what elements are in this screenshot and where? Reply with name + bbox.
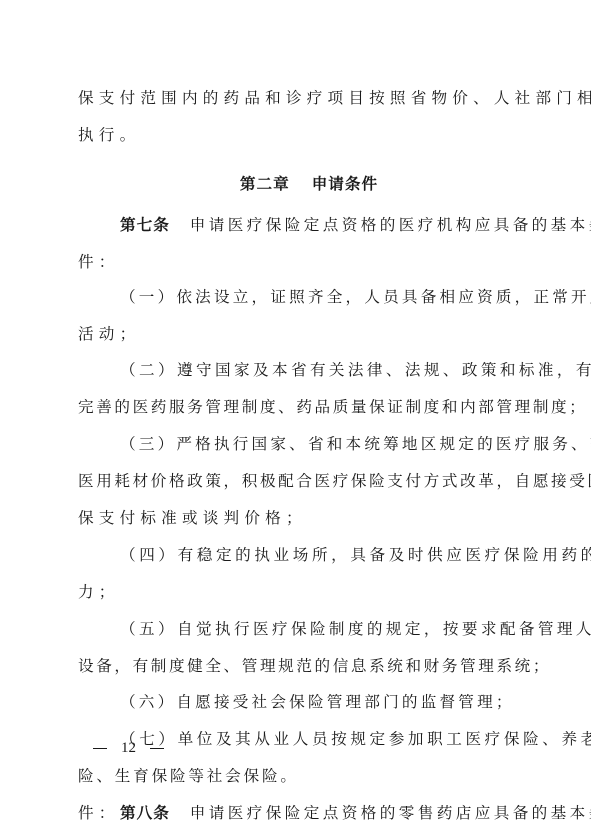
clause-2-line: （二）遵守国家及本省有关法律、法规、政策和标准，有健全和	[120, 358, 591, 382]
article-8-number: 第八条	[120, 804, 170, 822]
chapter-heading: 第二章申请条件	[78, 172, 540, 196]
footer-dash-right	[150, 748, 164, 750]
article-7-line: 第七条申请医疗保险定点资格的医疗机构应具备的基本条	[120, 213, 591, 237]
page-number: 12	[121, 740, 136, 756]
chapter-title: 申请条件	[312, 175, 378, 193]
clause-1-line: 活动；	[78, 322, 140, 346]
article-7-number: 第七条	[120, 216, 170, 234]
article-7-line: 件：	[78, 250, 120, 274]
clause-4-line: 力；	[78, 580, 120, 604]
chapter-number: 第二章	[240, 175, 290, 193]
article-8-line: 第八条申请医疗保险定点资格的零售药店应具备的基本条	[120, 801, 591, 822]
paragraph-continuation-line: 保支付范围内的药品和诊疗项目按照省物价、人社部门相关规定	[78, 86, 591, 110]
page-footer: 12	[93, 740, 164, 757]
clause-1-line: （一）依法设立，证照齐全，人员具备相应资质，正常开展经营	[120, 285, 591, 309]
clause-2-line: 完善的医药服务管理制度、药品质量保证制度和内部管理制度；	[78, 395, 587, 419]
clause-7-line: 险、生育保险等社会保险。	[78, 764, 299, 788]
clause-3-line: （三）严格执行国家、省和本统筹地区规定的医疗服务、药品、	[120, 432, 591, 456]
paragraph-continuation-line: 执行。	[78, 123, 140, 147]
clause-6-line: （六）自愿接受社会保险管理部门的监督管理；	[120, 690, 515, 714]
footer-dash-left	[93, 748, 107, 750]
clause-3-line: 医用耗材价格政策，积极配合医疗保险支付方式改革，自愿接受医	[78, 469, 591, 493]
clause-5-line: （五）自觉执行医疗保险制度的规定，按要求配备管理人员和	[120, 617, 591, 641]
article-8-line: 件：	[78, 801, 120, 822]
clause-7-line: （七）单位及其从业人员按规定参加职工医疗保险、养老保	[120, 727, 591, 751]
article-8-text: 申请医疗保险定点资格的零售药店应具备的基本条	[190, 804, 591, 822]
article-7-text: 申请医疗保险定点资格的医疗机构应具备的基本条	[190, 216, 591, 234]
clause-3-line: 保支付标准或谈判价格；	[78, 506, 307, 530]
clause-5-line: 设备，有制度健全、管理规范的信息系统和财务管理系统；	[78, 654, 551, 678]
clause-4-line: （四）有稳定的执业场所，具备及时供应医疗保险用药的能	[120, 543, 591, 567]
